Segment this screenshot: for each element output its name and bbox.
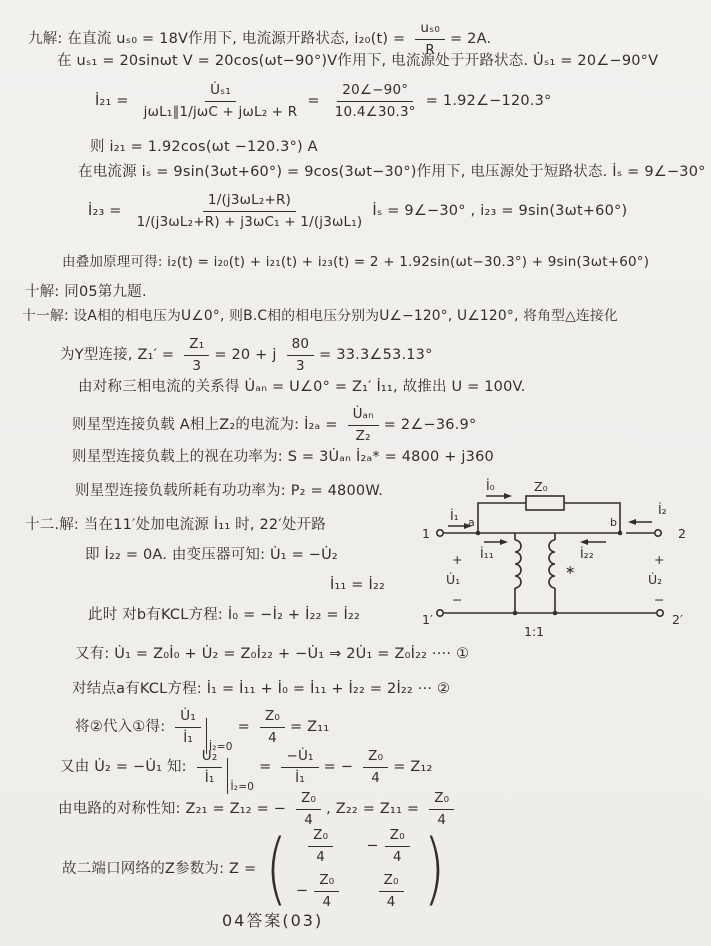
fraction: Z₀ 4 (363, 748, 388, 787)
equation-mid: , Z₂₂ = Z₁₁ = (326, 800, 419, 818)
two-port-circuit-diagram: 1 İ₁ a İ₀ Z₀ b İ₂ 2 İ₁₁ İ₂₂ ∗ + U̇₁ − + … (420, 478, 705, 643)
sol9-superposition-text: 由叠加原理可得: i₂(t) = i₂₀(t) + i₂₁(t) + i₂₃(t… (62, 254, 649, 271)
fraction: 80 3 (287, 336, 315, 375)
fraction: 1/(j3ωL₂+R) 1/(j3ωL₂+R) + j3ωC₁ + 1/(j3ω… (132, 192, 368, 231)
equation-result: = Z₁₂ (393, 758, 432, 776)
sol9-superposition-line: 由叠加原理可得: i₂(t) = i₂₀(t) + i₂₁(t) + i₂₃(t… (62, 254, 654, 271)
transformer-ratio-label: 1:1 (524, 624, 544, 639)
sol12-z11-equation: 将②代入①得: U̇₁ İ₁ İ₂=0 = Z₀ 4 = Z₁₁ (75, 708, 334, 747)
matrix-cell-21: − Z₀ 4 (296, 872, 344, 911)
sol9-step1-text: 九解: 在直流 uₛ₀ = 18V作用下, 电流源开路状态, i₂₀(t) = (28, 30, 405, 48)
terminal-2-label: 2 (678, 526, 686, 541)
u2-minus-sign: − (654, 592, 664, 607)
sol9-step3-text: 则 i₂₁ = 1.92cos(ωt −120.3°) A (90, 138, 318, 156)
sol11-active-power-text: 则星型连接负载所耗有功功率为: P₂ = 4800W. (75, 482, 383, 500)
equation-lhs: İ₂₃ = (88, 202, 122, 220)
sol12-z12-equation: 又由 U̇₂ = −U̇₁ 知: U₂ İ₁ İ₂=0 = −U̇₁ İ₁ = … (60, 748, 438, 787)
sol11-step1-text: 十一解: 设A相的相电压为U∠0°, 则B.C相的相电压分别为U∠−120°, … (22, 308, 618, 325)
equation-lhs: 由电路的对称性知: Z₂₁ = Z₁₂ = − (58, 800, 286, 818)
sol12-symmetry-line: 由电路的对称性知: Z₂₁ = Z₁₂ = − Z₀ 4 , Z₂₂ = Z₁₁… (58, 790, 459, 829)
right-coil (549, 540, 555, 588)
equals-sign: = − (324, 758, 354, 776)
sol9-step2-text: 在 uₛ₁ = 20sinωt V = 20cos(ωt−90°)V作用下, 电… (57, 52, 658, 70)
node-a-label: a (468, 516, 475, 529)
sol12-step3-text: İ₁₁ = İ₂₂ (330, 576, 385, 594)
impedance-z0-box (526, 496, 564, 510)
evaluation-condition: İ₂=0 (227, 758, 254, 794)
fraction: −U̇₁ İ₁ (281, 748, 318, 787)
sol11-power-line: 则星型连接负载上的视在功率为: S = 3U̇ₐₙ İ₂ₐ* = 4800 + … (72, 448, 499, 466)
equation-result: = 1.92∠−120.3° (426, 92, 552, 110)
equals-sign: = (259, 758, 271, 776)
current-i1-label: İ₁ (450, 508, 459, 523)
terminal-2p-label: 2′ (672, 612, 683, 627)
u1-plus-sign: + (452, 552, 462, 567)
sol12-eq2-line: 对结点a有KCL方程: İ₁ = İ₁₁ + İ₀ = İ₁₁ + İ₂₂ = … (72, 680, 455, 698)
sol11-step1-line: 十一解: 设A相的相电压为U∠0°, 则B.C相的相电压分别为U∠−120°, … (22, 308, 623, 325)
current-i11-label: İ₁₁ (480, 546, 494, 561)
sol9-i23-equation: İ₂₃ = 1/(j3ωL₂+R) 1/(j3ωL₂+R) + j3ωC₁ + … (88, 192, 632, 231)
equation-lhs: 又由 U̇₂ = −U̇₁ 知: (60, 758, 187, 776)
equation-result: i₂₃ = 9sin(3ωt+60°) (480, 202, 627, 220)
footer-label: 04答案(03) (222, 908, 323, 931)
sol11-z1-equation: 为Y型连接, Z₁′ = Z₁ 3 = 20 + j 80 3 = 33.3∠5… (60, 336, 438, 375)
terminal-1-label: 1 (422, 526, 430, 541)
current-i2-label: İ₂ (658, 502, 667, 517)
scanned-answer-page: 九解: 在直流 uₛ₀ = 18V作用下, 电流源开路状态, i₂₀(t) = … (0, 0, 711, 946)
sol12-step3-line: İ₁₁ = İ₂₂ (330, 576, 390, 594)
sol11-power-text: 则星型连接负载上的视在功率为: S = 3U̇ₐₙ İ₂ₐ* = 4800 + … (72, 448, 494, 466)
sol12-eq1-text: 又有: U̇₁ = Z₀İ₀ + U̇₂ = Z₀İ₂₂ + −U̇₁ ⇒ 2U… (75, 645, 469, 663)
sol11-i2a-equation: 则星型连接负载 A相上Z₂的电流为: İ₂ₐ = U̇ₐₙ Z₂ = 2∠−36… (72, 406, 481, 445)
fraction: Z₀ 4 (308, 827, 333, 866)
voltage-u1-label: U̇₁ (446, 572, 460, 587)
terminal-1p-node (437, 610, 443, 616)
current-i0-label: İ₀ (486, 478, 495, 493)
sol12-step1-line: 十二.解: 当在11′处加电流源 İ₁₁ 时, 22′处开路 (25, 516, 331, 534)
voltage-u2-label: U̇₂ (648, 572, 662, 587)
sol12-kcl-b-text: 此时 对b有KCL方程: İ₀ = −İ₂ + İ₂₂ = İ₂₂ (88, 606, 360, 624)
sol12-kcl-b-line: 此时 对b有KCL方程: İ₀ = −İ₂ + İ₂₂ = İ₂₂ (88, 606, 365, 624)
equation-lhs: 故二端口网络的Z参数为: Z = (62, 860, 256, 878)
left-coil (515, 540, 521, 588)
equation-lhs: 则星型连接负载 A相上Z₂的电流为: İ₂ₐ = (72, 416, 338, 434)
equation-result: = 2∠−36.9° (384, 416, 477, 434)
equals-sign: = (307, 92, 319, 110)
sol9-i21-equation: İ₂₁ = U̇ₛ₁ jωL₁∥1/jωC + jωL₂ + R = 20∠−9… (95, 82, 557, 121)
equation-lhs: 为Y型连接, Z₁′ = (60, 346, 174, 364)
sol11-step2-line: 由对称三相电流的关系得 U̇ₐₙ = U∠0° = Z₁′ İ₁₁, 故推出 U… (78, 378, 531, 396)
z-parameter-matrix: ( Z₀ 4 − Z₀ 4 − (261, 825, 449, 913)
fraction: Z₀ 4 (296, 790, 321, 829)
sol9-step3-line: 则 i₂₁ = 1.92cos(ωt −120.3°) A (90, 138, 323, 156)
fraction: Z₁ 3 (184, 336, 209, 375)
terminal-1-node (437, 530, 443, 536)
fraction: U₂ İ₁ (197, 748, 223, 787)
equation-mid: = 20 + j (214, 346, 276, 364)
current-i22-label: İ₂₂ (580, 546, 594, 561)
fraction: Z₀ 4 (385, 827, 410, 866)
equation-lhs: 将②代入①得: (75, 718, 165, 736)
sol12-eq2-text: 对结点a有KCL方程: İ₁ = İ₁₁ + İ₀ = İ₁₁ + İ₂₂ = … (72, 680, 450, 698)
u1-minus-sign: − (452, 592, 462, 607)
equation-lhs: İ₂₁ = (95, 92, 129, 110)
terminal-2-node (655, 530, 661, 536)
sol9-step1-result: = 2A. (450, 30, 491, 48)
sol12-step2-text: 即 İ₂₂ = 0A. 由变压器可知: U̇₁ = −U̇₂ (85, 546, 338, 564)
circuit-wires (437, 496, 663, 616)
fraction: Z₀ 4 (379, 872, 404, 911)
matrix-grid: Z₀ 4 − Z₀ 4 − Z₀ 4 (292, 825, 419, 913)
sol9-step2-line: 在 uₛ₁ = 20sinωt V = 20cos(ωt−90°)V作用下, 电… (57, 52, 663, 70)
coupling-dot-mark: ∗ (565, 562, 575, 577)
terminal-1p-label: 1′ (422, 612, 433, 627)
sol11-active-power-line: 则星型连接负载所耗有功功率为: P₂ = 4800W. (75, 482, 388, 500)
terminal-2p-node (657, 610, 663, 616)
equation-result: = Z₁₁ (290, 718, 329, 736)
equation-mid: İₛ = 9∠−30° , (372, 202, 475, 220)
equation-result: = 33.3∠53.13° (319, 346, 432, 364)
sol11-step2-text: 由对称三相电流的关系得 U̇ₐₙ = U∠0° = Z₁′ İ₁₁, 故推出 U… (78, 378, 526, 396)
sol9-step4-line: 在电流源 iₛ = 9sin(3ωt+60°) = 9cos(3ωt−30°)作… (78, 163, 711, 181)
sol12-step1-text: 十二.解: 当在11′处加电流源 İ₁₁ 时, 22′处开路 (25, 516, 326, 534)
fraction: Z₀ 4 (314, 872, 339, 911)
fraction: U̇ₛ₁ jωL₁∥1/jωC + jωL₂ + R (139, 82, 303, 121)
node-b-label: b (610, 516, 617, 529)
sol10-line: 十解: 同05第九题. (25, 283, 152, 301)
fraction: U̇₁ İ₁ (175, 708, 201, 747)
right-paren: ) (423, 834, 444, 904)
fraction: 20∠−90° 10.4∠30.3° (330, 82, 421, 121)
left-paren: ( (266, 834, 287, 904)
fraction: Z₀ 4 (260, 708, 285, 747)
sol10-text: 十解: 同05第九题. (25, 283, 147, 301)
impedance-z0-label: Z₀ (534, 479, 548, 494)
matrix-cell-12: − Z₀ 4 (366, 827, 414, 866)
sol12-z-matrix-line: 故二端口网络的Z参数为: Z = ( Z₀ 4 − Z₀ 4 (62, 825, 454, 913)
matrix-cell-11: Z₀ 4 (296, 827, 344, 866)
u2-plus-sign: + (654, 552, 664, 567)
sol12-eq1-line: 又有: U̇₁ = Z₀İ₀ + U̇₂ = Z₀İ₂₂ + −U̇₁ ⇒ 2U… (75, 645, 474, 663)
sol9-step4-text: 在电流源 iₛ = 9sin(3ωt+60°) = 9cos(3ωt−30°)作… (78, 163, 706, 181)
matrix-cell-22: Z₀ 4 (366, 872, 414, 911)
sol12-step2-line: 即 İ₂₂ = 0A. 由变压器可知: U̇₁ = −U̇₂ (85, 546, 343, 564)
fraction: U̇ₐₙ Z₂ (348, 406, 379, 445)
equals-sign: = (238, 718, 250, 736)
